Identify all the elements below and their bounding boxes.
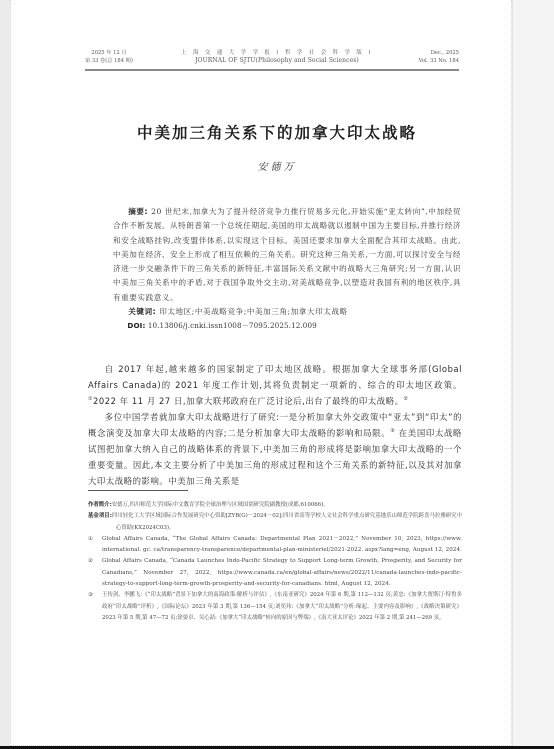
header-date-en: Dec., 2025 <box>419 49 459 57</box>
header-issue-en: Vol. 33 No. 184 <box>419 57 459 65</box>
header-rule <box>85 69 459 71</box>
header-right: Dec., 2025 Vol. 33 No. 184 <box>419 49 459 65</box>
abstract-label: 摘要: <box>128 207 148 216</box>
viewer-margin-strip <box>512 0 554 746</box>
fund-text: 四川轻化工大学区域国际合作发展研究中心资助[ZYB(G)－2024－02];四川… <box>112 513 462 530</box>
footnotes: 作者简介:安德万,四川师范大学国际中文教育学院全球治理与区域国别研究院副教授(成… <box>88 500 462 624</box>
header-date-cn: 2025 年 12 月 <box>85 49 133 57</box>
footnote-ref-2[interactable]: ② <box>404 396 409 402</box>
footnote-2: ②Global Affairs Canada, “Canada Launches… <box>88 556 462 590</box>
header-left: 2025 年 12 月 第 33 卷(总 184 期) <box>85 49 133 65</box>
author-info-label: 作者简介: <box>88 502 112 508</box>
header-issue-cn: 第 33 卷(总 184 期) <box>85 57 133 65</box>
footnote-1: ①Global Affairs Canada, “The Global Affa… <box>88 534 462 557</box>
keywords-text: 印太地区;中美战略竞争;中美加三角;加拿大印太战略 <box>159 307 348 316</box>
body-paragraph-1: 自 2017 年起,越来越多的国家制定了印太地区战略。根据加拿大全球事务部(Gl… <box>88 361 462 409</box>
body-paragraph-2: 多位中国学者就加拿大印太战略进行了研究:一是分析加拿大外交政策中“亚太”到“印太… <box>88 409 462 489</box>
header-journal: 上 海 交 通 大 学 学 报 ( 哲 学 社 会 科 学 版 ) JOURNA… <box>177 49 377 65</box>
footnote-text: Global Affairs Canada, “The Global Affai… <box>102 536 462 553</box>
doi-line: DOI: 10.13806/j.cnki.issn1008－7095.2025.… <box>113 319 461 333</box>
footnote-number: ② <box>88 556 93 567</box>
author-info-note: 作者简介:安德万,四川师范大学国际中文教育学院全球治理与区域国别研究院副教授(成… <box>88 500 462 511</box>
abstract-block: 摘要: 20 世纪末,加拿大为了提升经济竞争力推行贸易多元化,开始实施“亚太转向… <box>113 205 461 334</box>
doi-label: DOI: <box>127 321 145 330</box>
footnote-text: Global Affairs Canada, “Canada Launches … <box>102 558 462 587</box>
abstract-paragraph: 摘要: 20 世纪末,加拿大为了提升经济竞争力推行贸易多元化,开始实施“亚太转向… <box>113 205 461 305</box>
footnote-3: ③王传剑、李鹏飞:《“印太战略”背景下加拿大的南海政策:解析与评估》,《东南亚研… <box>88 590 462 624</box>
journal-name-cn: 上 海 交 通 大 学 学 报 ( 哲 学 社 会 科 学 版 ) <box>177 49 377 57</box>
journal-name-en: JOURNAL OF SJTU(Philosophy and Social Sc… <box>177 57 377 65</box>
footnote-separator <box>88 490 188 491</box>
body-text: 自 2017 年起,越来越多的国家制定了印太地区战略。根据加拿大全球事务部(Gl… <box>88 361 462 489</box>
keywords-label: 关键词: <box>128 307 156 316</box>
fund-note: 基金项目:四川轻化工大学区域国际合作发展研究中心资助[ZYB(G)－2024－0… <box>88 511 462 534</box>
abstract-text: 20 世纪末,加拿大为了提升经济竞争力推行贸易多元化,开始实施“亚太转向”,中加… <box>113 207 461 302</box>
article-title: 中美加三角关系下的加拿大印太战略 <box>0 121 554 143</box>
author-info-text: 安德万,四川师范大学国际中文教育学院全球治理与区域国别研究院副教授(成都,610… <box>112 502 329 508</box>
body-text-segment: 自 2017 年起,越来越多的国家制定了印太地区战略。根据加拿大全球事务部(Gl… <box>88 364 462 390</box>
keywords-line: 关键词: 印太地区;中美战略竞争;中美加三角;加拿大印太战略 <box>113 305 461 319</box>
footnote-text: 王传剑、李鹏飞:《“印太战略”背景下加拿大的南海政策:解析与评估》,《东南亚研究… <box>102 592 462 621</box>
running-header: 2025 年 12 月 第 33 卷(总 184 期) 上 海 交 通 大 学 … <box>85 49 459 71</box>
body-text-segment: 2022 年 11 月 27 日,加拿大联邦政府在广泛讨论后,出台了最终的印太战… <box>93 396 404 406</box>
doi-value[interactable]: 10.13806/j.cnki.issn1008－7095.2025.12.00… <box>148 321 317 330</box>
document-viewer: 2025 年 12 月 第 33 卷(总 184 期) 上 海 交 通 大 学 … <box>0 0 554 749</box>
article-author: 安德万 <box>0 158 554 173</box>
fund-label: 基金项目: <box>88 513 112 519</box>
footnote-number: ③ <box>88 590 93 601</box>
footnote-number: ① <box>88 534 93 545</box>
